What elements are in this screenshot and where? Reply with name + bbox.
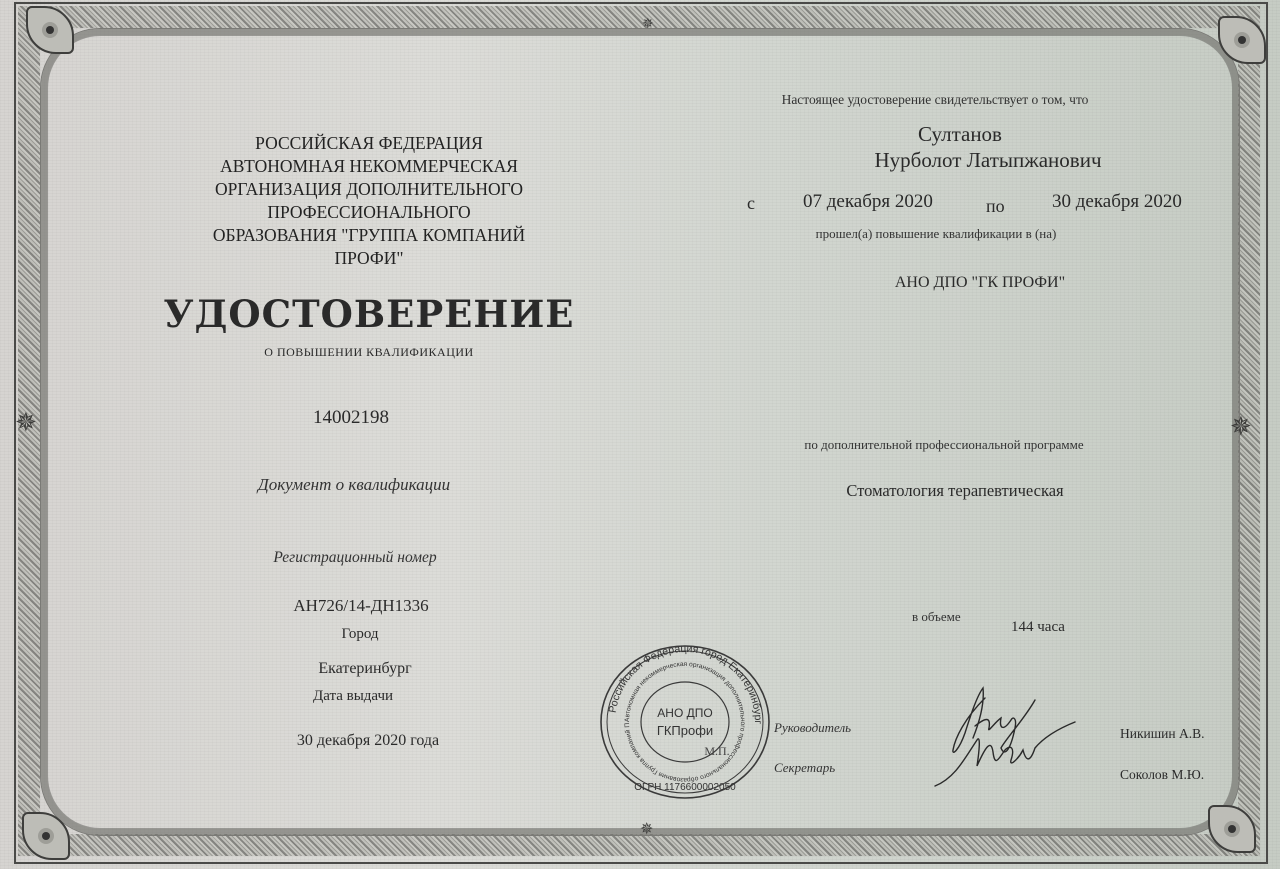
passed-training-label: прошел(а) повышение квалификации в (на) bbox=[816, 226, 1057, 242]
from-label: с bbox=[747, 193, 755, 214]
issuer-line: ПРОФИ" bbox=[213, 247, 525, 270]
document-number: 14002198 bbox=[313, 407, 389, 429]
certification-intro: Настоящее удостоверение свидетельствует … bbox=[782, 92, 1089, 108]
program-name: Стоматология терапевтическая bbox=[846, 481, 1063, 501]
volume-label: в объеме bbox=[912, 609, 961, 625]
rosette-ornament-icon: ✵ bbox=[15, 410, 37, 436]
stamp-mp: М.П. bbox=[704, 744, 729, 758]
document-subtitle: О ПОВЫШЕНИИ КВАЛИФИКАЦИИ bbox=[264, 345, 473, 360]
issue-date-label: Дата выдачи bbox=[313, 688, 393, 705]
city-label: Город bbox=[341, 626, 378, 643]
date-to: 30 декабря 2020 bbox=[1052, 191, 1182, 213]
signatory-role-secretary: Секретарь bbox=[774, 760, 835, 776]
issuer-line: АВТОНОМНАЯ НЕКОММЕРЧЕСКАЯ bbox=[213, 155, 525, 178]
issuer-line: ОРГАНИЗАЦИЯ ДОПОЛНИТЕЛЬНОГО bbox=[213, 178, 525, 201]
rosette-ornament-icon: ✵ bbox=[642, 18, 654, 32]
date-from: 07 декабря 2020 bbox=[803, 191, 933, 213]
document-title: УДОСТОВЕРЕНИЕ bbox=[164, 292, 575, 336]
stamp-center-line1: АНО ДПО bbox=[657, 706, 712, 720]
issuer-line: ПРОФЕССИОНАЛЬНОГО bbox=[213, 201, 525, 224]
rosette-ornament-icon: ✵ bbox=[640, 822, 653, 838]
program-label: по дополнительной профессиональной прогр… bbox=[804, 437, 1083, 453]
issuer-line: ОБРАЗОВАНИЯ "ГРУППА КОМПАНИЙ bbox=[213, 224, 525, 247]
training-organization: АНО ДПО "ГК ПРОФИ" bbox=[895, 274, 1065, 292]
registration-number: АН726/14-ДН1336 bbox=[293, 596, 428, 616]
signatory-role-director: Руководитель bbox=[774, 720, 851, 736]
signatory-name-secretary: Соколов М.Ю. bbox=[1120, 767, 1204, 783]
document-type-label: Документ о квалификации bbox=[258, 475, 450, 495]
issue-date: 30 декабря 2020 года bbox=[297, 732, 439, 750]
handwritten-signature-icon bbox=[925, 678, 1085, 798]
stamp-ogrn: ОГРН 1176600002050 bbox=[634, 782, 736, 793]
rosette-ornament-icon: ✵ bbox=[1230, 414, 1252, 440]
volume-hours: 144 часа bbox=[1011, 619, 1065, 636]
issuer-name: РОССИЙСКАЯ ФЕДЕРАЦИЯ АВТОНОМНАЯ НЕКОММЕР… bbox=[213, 132, 525, 270]
holder-given-names: Нурболот Латыпжанович bbox=[874, 148, 1101, 173]
to-label: по bbox=[986, 196, 1005, 217]
signatory-name-director: Никишин А.В. bbox=[1120, 726, 1204, 742]
registration-number-label: Регистрационный номер bbox=[273, 549, 436, 567]
holder-surname: Султанов bbox=[918, 122, 1002, 147]
city-value: Екатеринбург bbox=[318, 660, 411, 678]
issuer-line: РОССИЙСКАЯ ФЕДЕРАЦИЯ bbox=[213, 132, 525, 155]
stamp-center-line2: ГКПрофи bbox=[657, 723, 713, 738]
official-stamp-icon: Российская Федерация город Екатеринбург … bbox=[595, 642, 775, 802]
